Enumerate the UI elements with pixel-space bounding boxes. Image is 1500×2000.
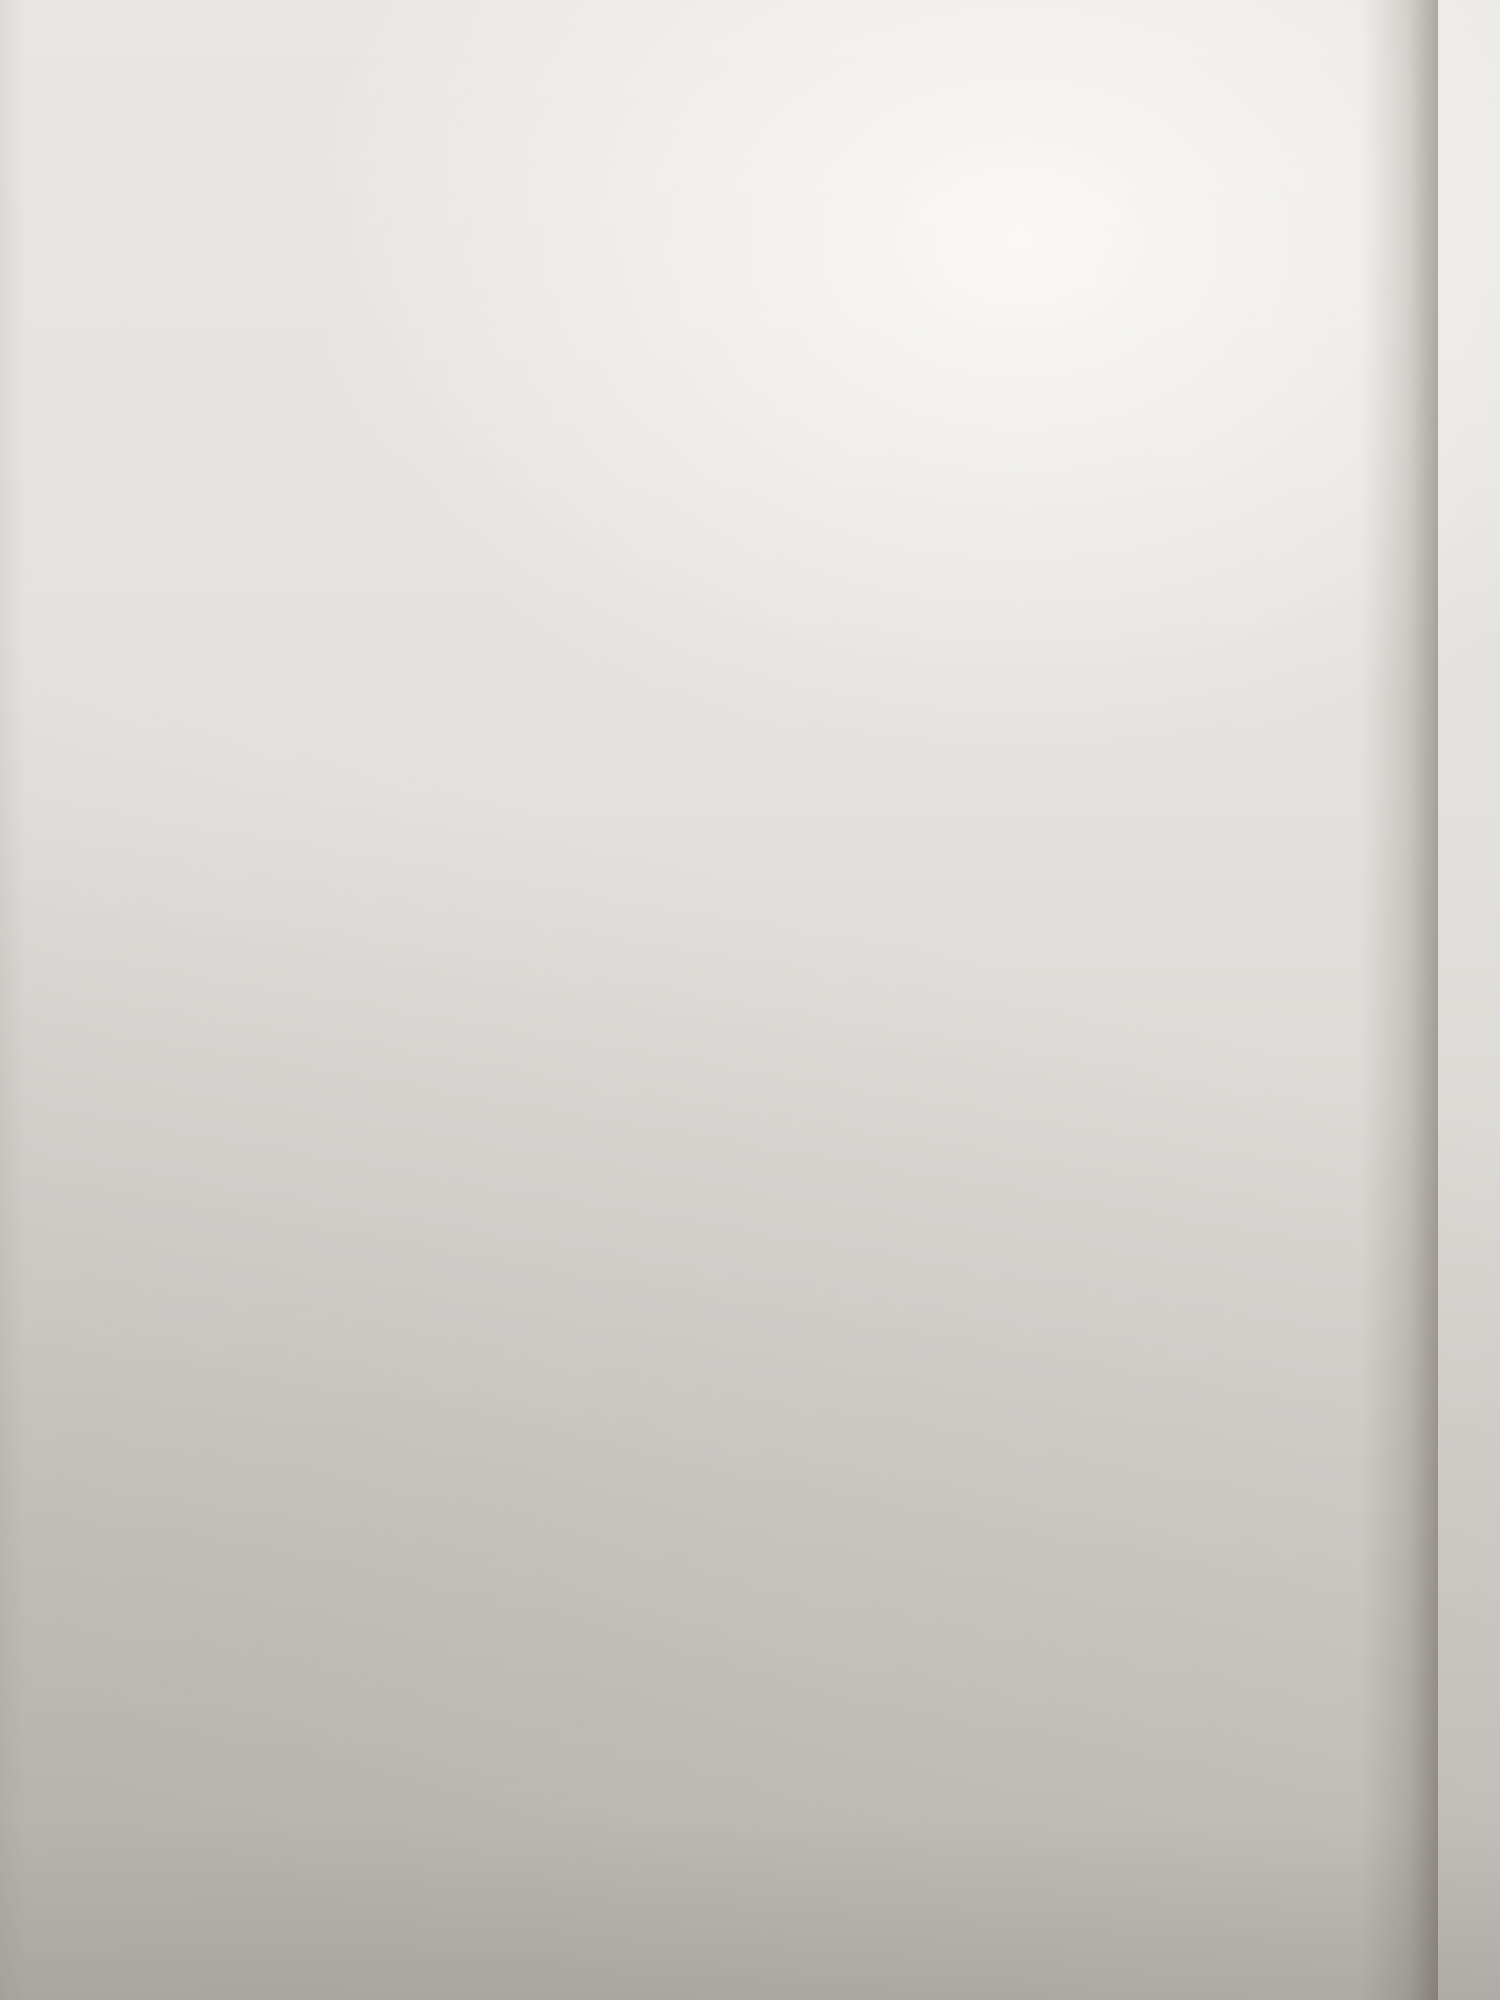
page-paper [0,0,1500,2000]
book-page-photo: ато ние сва прен кора мит бъл ски ват но… [0,0,1500,2000]
page-curl-shadow [1360,0,1438,2000]
